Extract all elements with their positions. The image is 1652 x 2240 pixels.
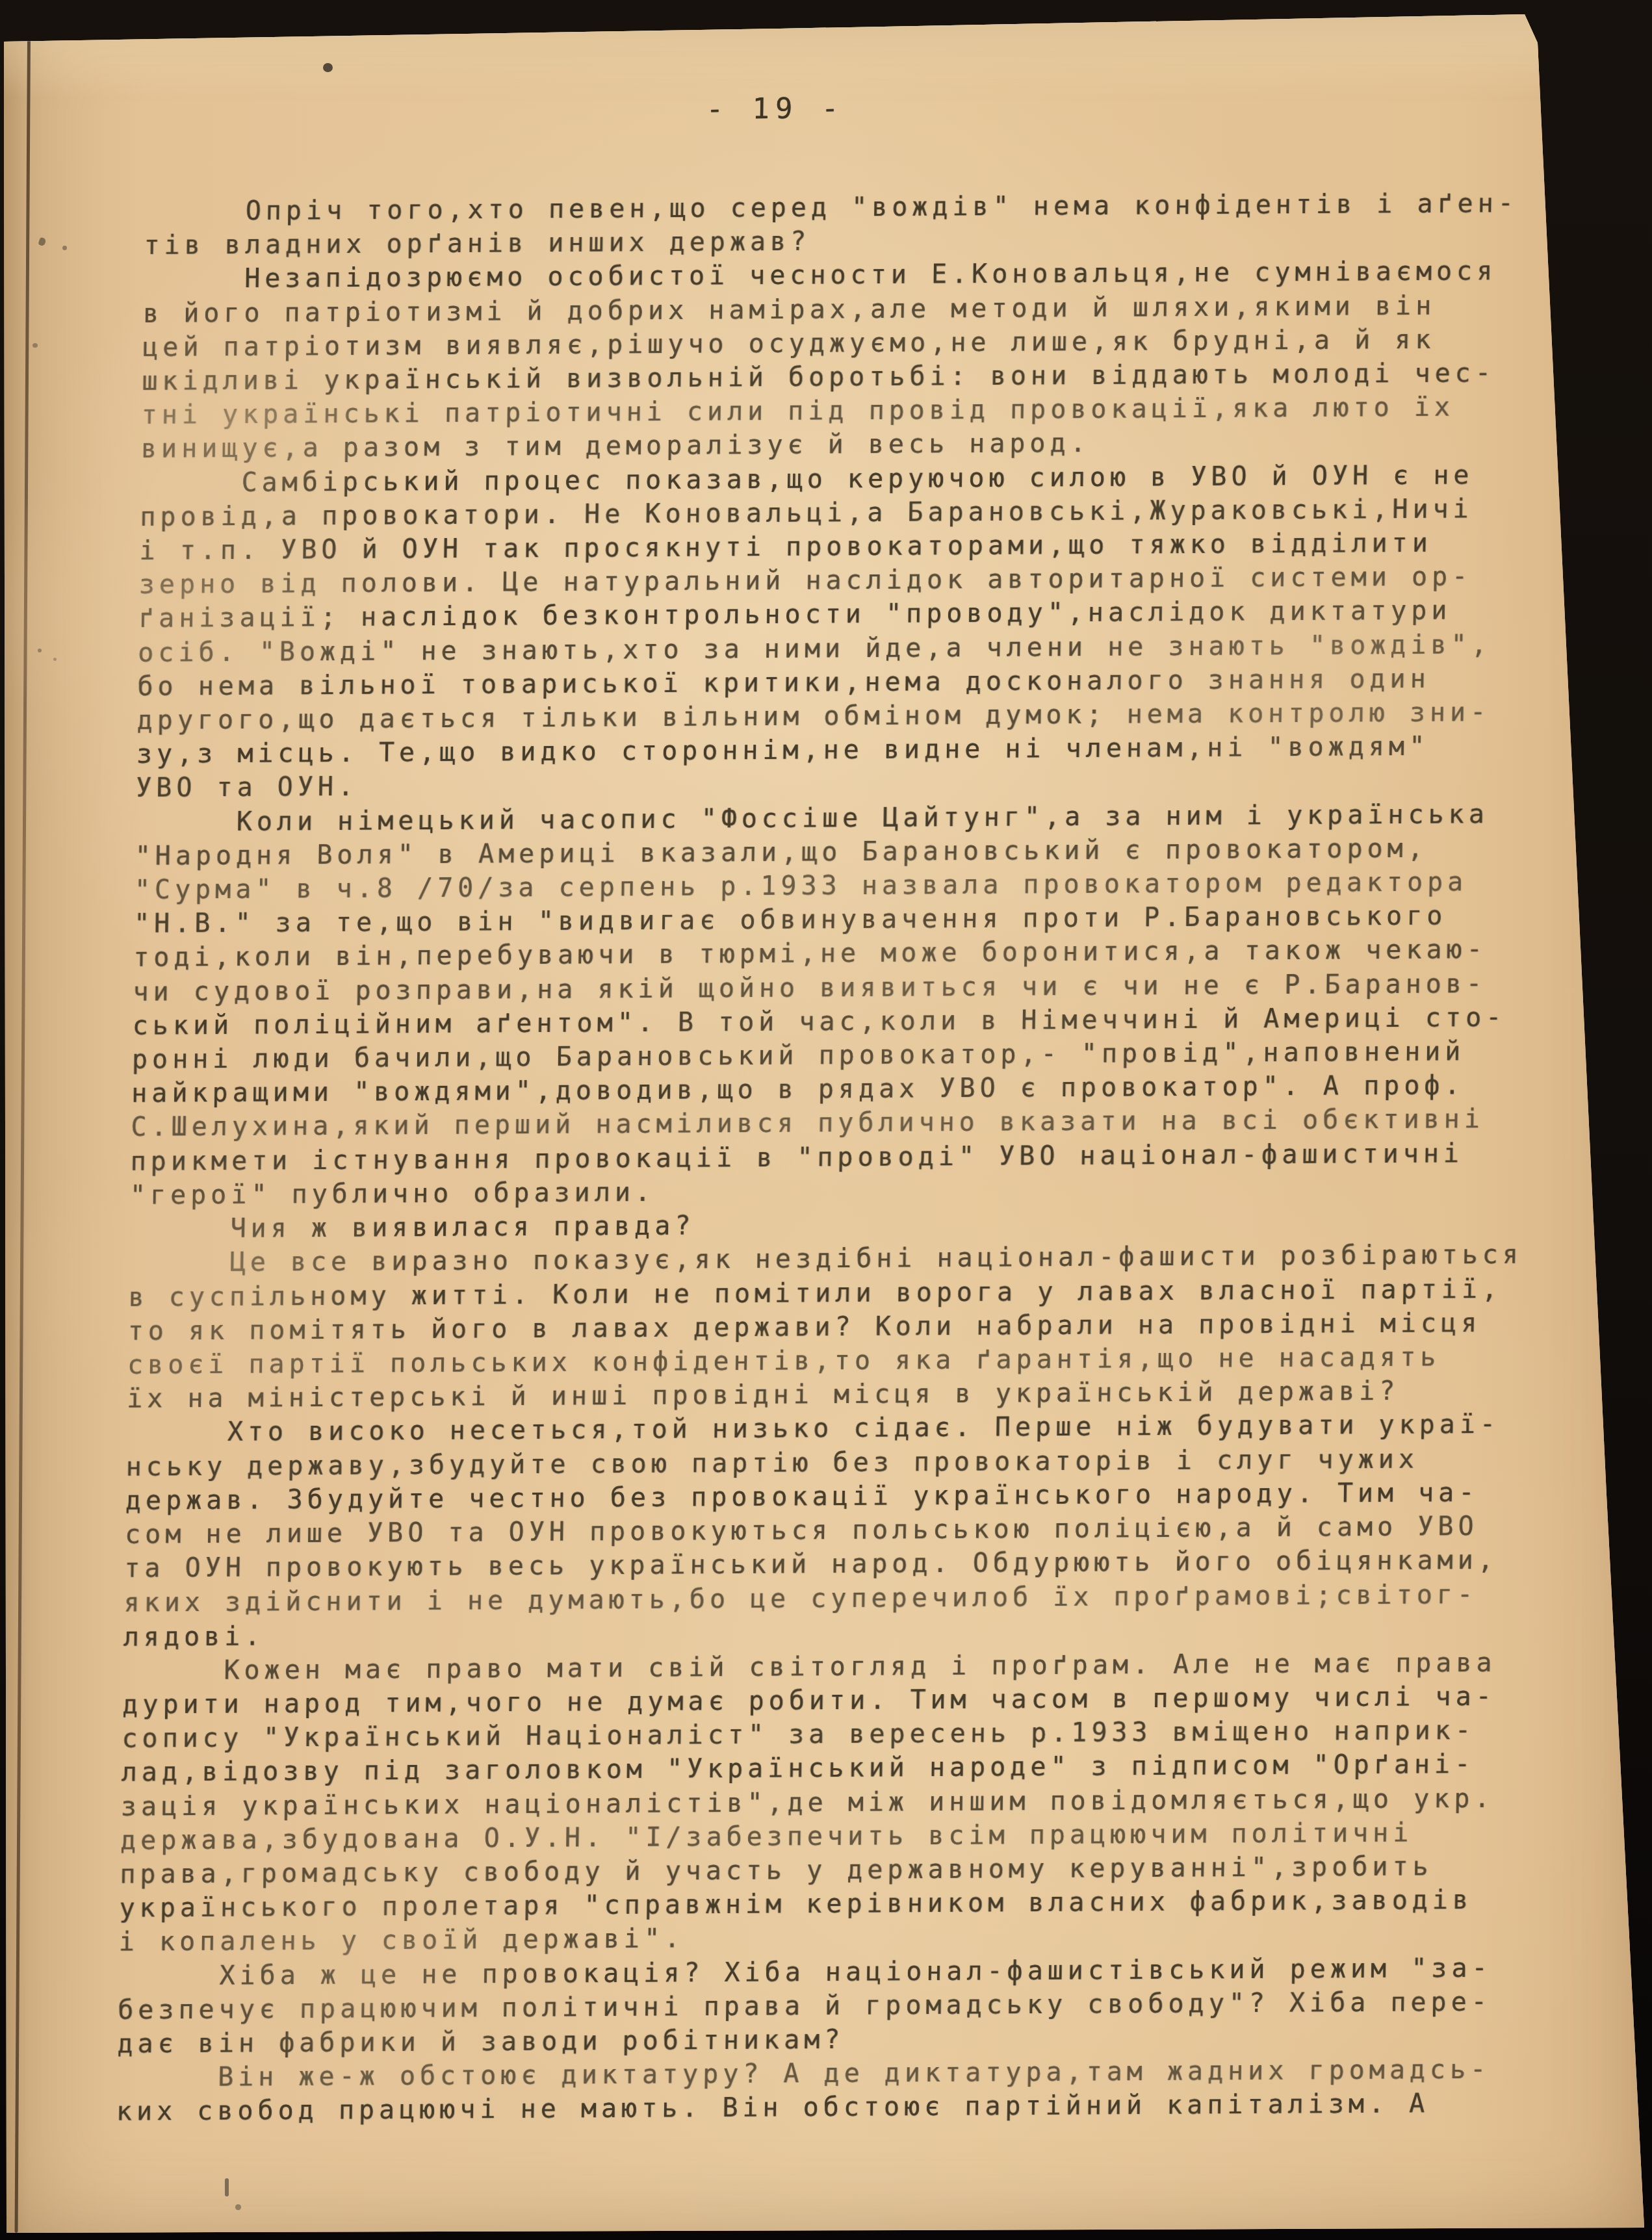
ink-speck	[235, 2204, 241, 2210]
pencil-mark	[38, 237, 46, 247]
ink-speck	[32, 343, 38, 348]
ink-speck	[323, 63, 333, 72]
paper-sheet: - 19 - Опріч того,хто певен,що серед "во…	[0, 0, 1652, 2240]
page-fold-line	[15, 38, 31, 2233]
typewritten-block: - 19 - Опріч того,хто певен,що серед "во…	[116, 87, 1615, 2129]
ink-tick-mark	[225, 2178, 229, 2196]
ink-speck	[53, 658, 57, 661]
typewritten-text: Опріч того,хто певен,що серед "вождів" н…	[116, 186, 1614, 2129]
ink-speck	[38, 649, 42, 652]
pencil-mark	[62, 246, 67, 250]
page-number: - 19 -	[706, 87, 1615, 127]
scanned-document: { "page": { "number_label": "- 19 -", "k…	[0, 0, 1652, 2240]
